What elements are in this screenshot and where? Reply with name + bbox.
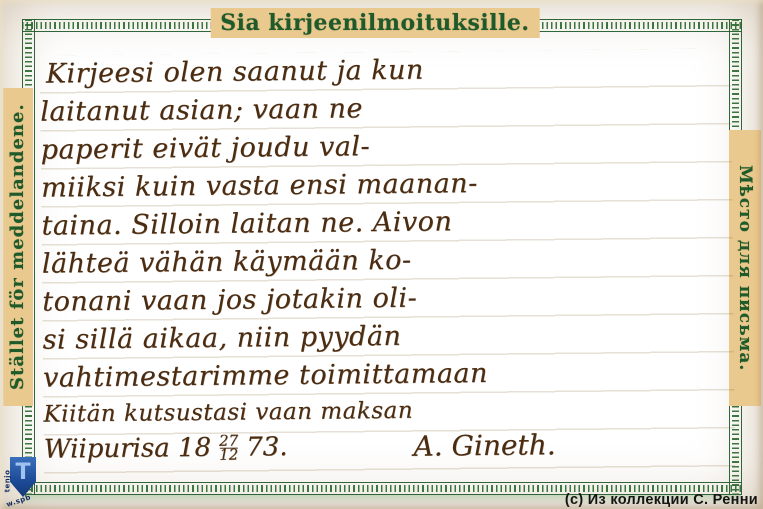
printed-header-finnish: Sia kirjeenilmoituksille. [210, 8, 539, 38]
dateline-month: 12 [219, 448, 238, 461]
postcard-scan: Sia kirjeenilmoituksille. Stället för me… [0, 0, 763, 509]
printed-left-label-swedish: Stället för meddelandene. [3, 88, 33, 406]
handwriting-dateline: Wiipurisa 18 27 12 73. A. Gineth. [44, 424, 735, 467]
dateline-year: 73. [246, 432, 288, 462]
watermark-microtext-left: tenjo [3, 470, 11, 493]
signature: A. Gineth. [413, 428, 555, 462]
collection-watermark: T tenjo w.spb [2, 455, 42, 507]
watermark-letter: T [15, 462, 30, 484]
dateline-date-fraction: 27 12 [219, 434, 238, 461]
dateline-place: Wiipurisa 18 [44, 433, 212, 465]
handwritten-message: Kirjeesi olen saanut ja kun laitanut asi… [40, 48, 736, 494]
shield-icon: T [10, 457, 36, 497]
watermark-microtext-bottom: w.spb [5, 493, 32, 508]
copyright-caption: (с) Из коллекции С. Ренни [565, 492, 758, 508]
